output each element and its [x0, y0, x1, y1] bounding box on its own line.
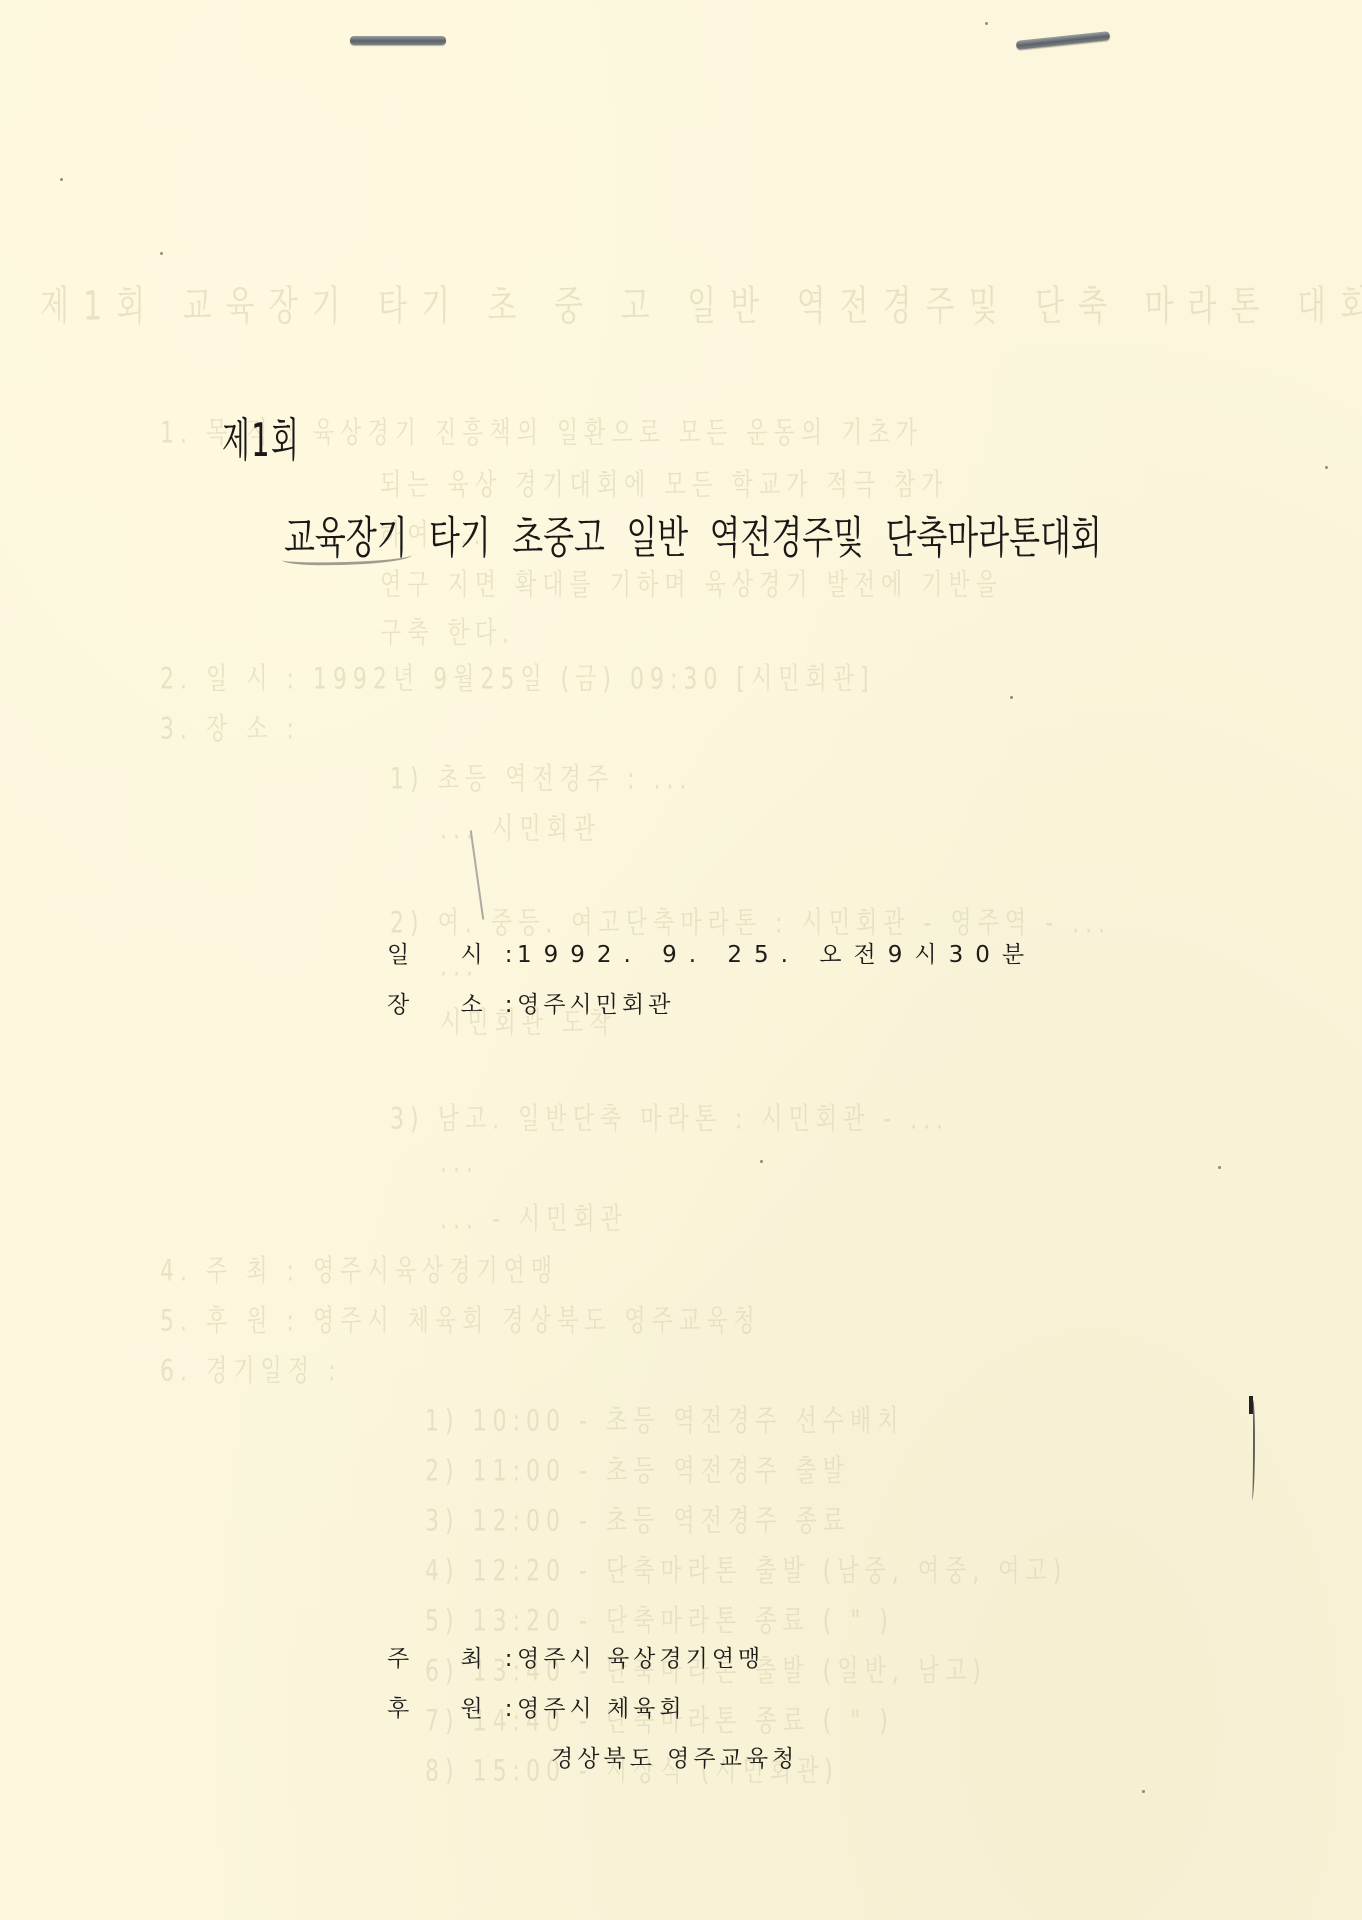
sponsor-value: 영주시 체육회: [517, 1690, 686, 1723]
show-through-line: 구축 한다.: [380, 610, 515, 652]
show-through-schedule-item: 3) 12:00 - 초등 역전경주 종료: [425, 1498, 850, 1540]
host-label: 주 최:: [387, 1640, 517, 1673]
sponsor-label: 후 원:: [387, 1690, 517, 1723]
show-through-title: 제1회 교육장기 타기 초 중 고 일반 역전경주및 단축 마라톤 대회: [40, 272, 1362, 331]
show-through-line: 3) 남고. 일반단축 마라톤 : 시민회관 - ...: [390, 1096, 949, 1138]
show-through-schedule-item: 1) 10:00 - 초등 역전경주 선수배치: [425, 1398, 904, 1440]
place-label: 장 소:: [387, 986, 517, 1019]
show-through-line: 연구 지면 확대를 기하며 육상경기 발전에 기반을: [380, 562, 1003, 604]
sponsor-value-2: 경상북도 영주교육청: [551, 1740, 798, 1773]
show-through-line: ...: [440, 1146, 479, 1180]
show-through-line: ... - 시민회관: [440, 1196, 628, 1238]
show-through-schedule-item: 4) 12:20 - 단축마라톤 출발 (남중, 여중, 여고): [425, 1548, 1067, 1590]
event-title-rest: 타기 초중고 일반 역전경주및 단축마라톤대회: [408, 513, 1102, 564]
show-through-line: 2. 일 시 : 1992년 9월25일 (금) 09:30 [시민회관]: [160, 656, 875, 698]
show-through-line: 6. 경기일정 :: [160, 1348, 341, 1390]
show-through-line: ... 시민회관: [440, 806, 601, 848]
show-through-line: 되는 육상 경기대회에 모든 학교가 적극 참가: [380, 462, 949, 504]
place-value: 영주시민회관: [517, 986, 674, 1019]
show-through-line: 4. 주 최 : 영주시육상경기연맹: [160, 1248, 558, 1290]
show-through-schedule-item: 2) 11:00 - 초등 역전경주 출발: [425, 1448, 850, 1490]
show-through-line: 3. 장 소 :: [160, 706, 300, 748]
date-row: 일 시: 1992. 9. 25. 오전9시30분: [387, 936, 1036, 969]
show-through-line: 5. 후 원 : 영주시 체육회 경상북도 영주교육청: [160, 1298, 761, 1340]
host-value: 영주시 육상경기연맹: [517, 1640, 764, 1673]
staple-icon: [350, 36, 446, 45]
sponsor-row: 후 원: 영주시 체육회: [387, 1690, 686, 1723]
date-label: 일 시:: [387, 936, 517, 969]
show-through-line: 1) 초등 역전경주 : ...: [390, 756, 692, 798]
sponsor-row-2: 경상북도 영주교육청: [551, 1740, 798, 1773]
date-value: 1992. 9. 25. 오전9시30분: [517, 936, 1036, 969]
place-row: 장 소: 영주시민회관: [387, 986, 674, 1019]
show-through-schedule-item: 5) 13:20 - 단축마라톤 종료 ( " ): [425, 1598, 894, 1640]
edition-label: 제1회: [222, 404, 300, 470]
host-row: 주 최: 영주시 육상경기연맹: [387, 1640, 764, 1673]
